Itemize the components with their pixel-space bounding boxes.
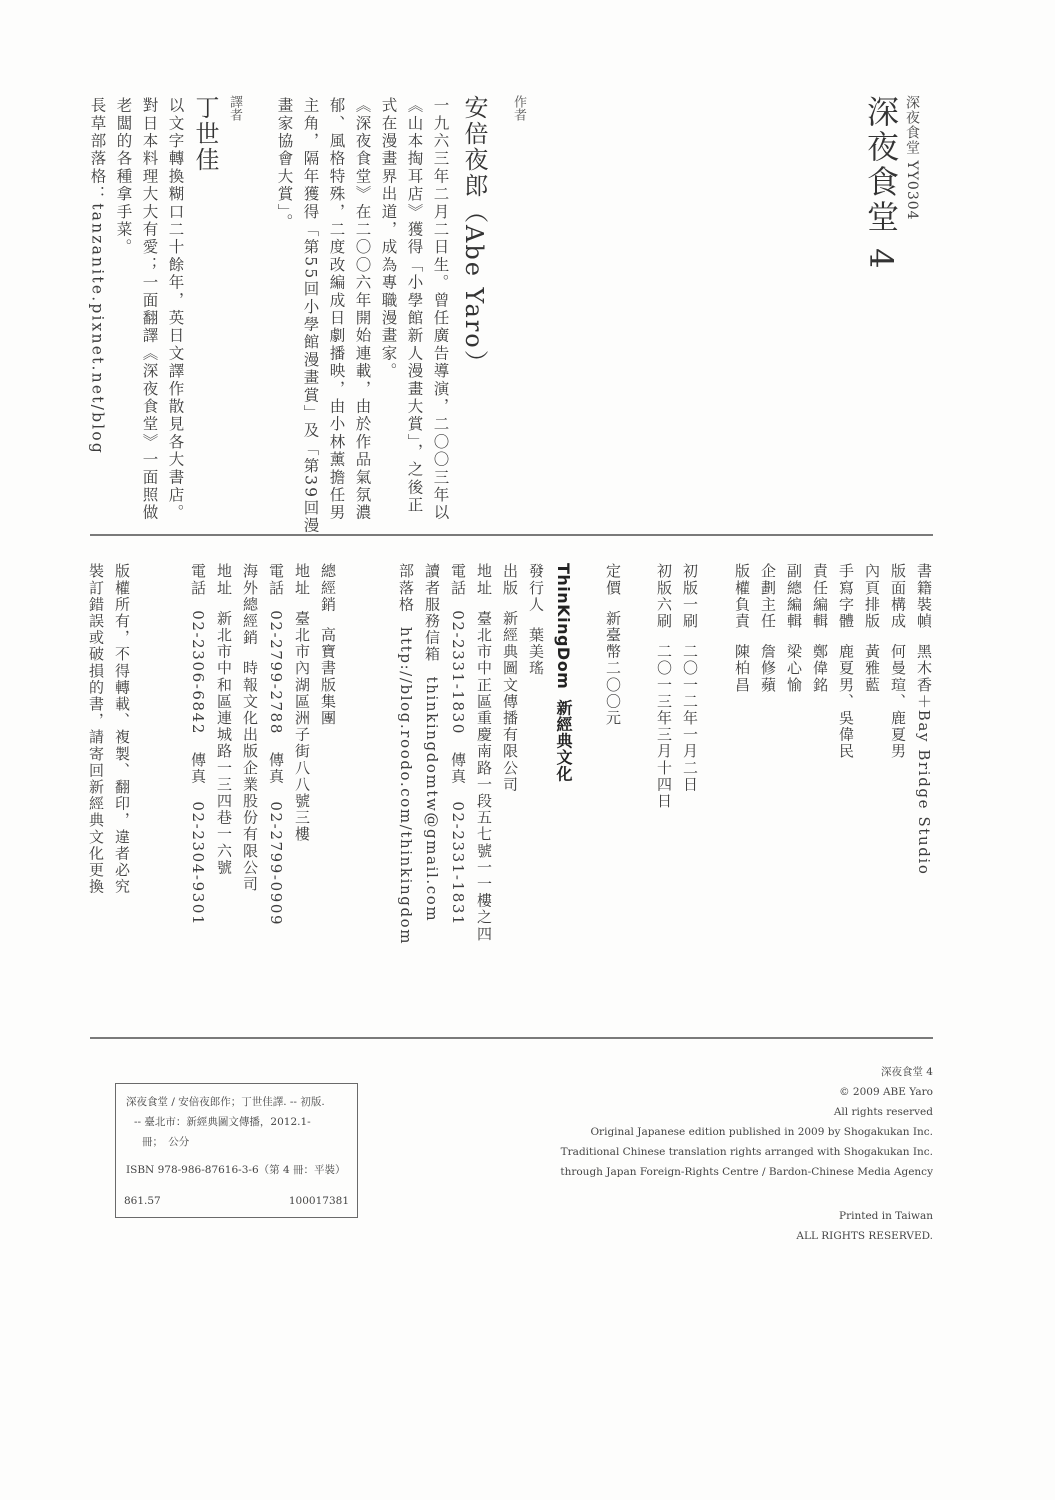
blog-link[interactable]: http://blog.roodo.com/thinkingdom (397, 627, 415, 945)
credit-row: 書籍裝幀黑木香＋Bay Bridge Studio (916, 563, 931, 875)
notice-line: 裝訂錯誤或破損的書，請寄回新經典文化更換 (88, 563, 103, 895)
author-name: 安倍夜郎（Abe Yaro） (462, 95, 486, 376)
brand-logo-en: ThinKingDom (554, 563, 573, 689)
rights-printed: Printed in Taiwan (560, 1206, 933, 1226)
translator-bio-line: 老闆的各種拿手菜。 (115, 97, 131, 256)
credit-role: 手寫字體 (837, 563, 855, 629)
author-bio-line: 式在漫畫界出道，成為專職漫畫家。 (380, 97, 396, 380)
translator-name: 丁世佳 (193, 95, 217, 173)
credit-value: 詹修蘋 (759, 643, 777, 693)
distributor-row: 電話02-2799-2788 傳真 02-2799-0909 (268, 563, 283, 926)
cip-box: 深夜食堂 / 安倍夜郎作；丁世佳譯. -- 初版. -- 臺北市：新經典圖文傳播… (115, 1083, 358, 1218)
edition-row: 初版一刷二〇一二年一月二日 (682, 563, 697, 793)
author-label: 作者 (512, 95, 525, 121)
book-title: 深夜食堂 4 (865, 95, 897, 272)
publisher-row: 讀者服務信箱thinkingdomtw@gmail.com (424, 563, 439, 922)
email-link[interactable]: thinkingdomtw@gmail.com (423, 677, 441, 923)
distributor-row: 總經銷高寶書版集團 (320, 563, 335, 726)
publisher-row: 地址臺北市中正區重慶南路一段五七號一一樓之四 (476, 563, 491, 942)
cip-record-number: 100017381 (289, 1191, 349, 1211)
credit-value: 陳柏昌 (733, 643, 751, 693)
credit-value: 何曼瑄、鹿夏男 (889, 643, 907, 759)
translator-bio-line: 以文字轉換糊口二十餘年，英日文譯作散見各大書店。 (167, 97, 183, 522)
credit-row: 版面構成何曼瑄、鹿夏男 (890, 563, 905, 760)
rights-all-reserved: ALL RIGHTS RESERVED. (560, 1226, 933, 1246)
rights-title: 深夜食堂 4 (560, 1062, 933, 1082)
author-bio-line: 一九六三年二月二日生。曾任廣告導演，二〇〇三年以 (432, 97, 448, 522)
credit-role: 版面構成 (889, 563, 907, 629)
credit-row: 企劃主任詹修蘋 (760, 563, 775, 693)
distributor-row: 電話02-2306-6842 傳真 02-2304-9301 (190, 563, 205, 926)
cip-line: 深夜食堂 / 安倍夜郎作；丁世佳譯. -- 初版. (126, 1092, 349, 1112)
author-bio-line: 《山本掏耳店》獲得「小學館新人漫畫大賞」，之後正 (406, 97, 422, 514)
publisher-row: 電話02-2331-1830 傳真 02-2331-1831 (450, 563, 465, 926)
credit-value: 鄭偉銘 (811, 643, 829, 693)
publisher-row: 部落格http://blog.roodo.com/thinkingdom (398, 563, 413, 945)
credit-value: 梁心愉 (785, 643, 803, 693)
publisher-row: 出版新經典圖文傳播有限公司 (502, 563, 517, 793)
price-row: 定價新臺幣二〇〇元 (605, 563, 620, 726)
distributor-row: 海外總經銷時報文化出版企業股份有限公司 (242, 563, 257, 892)
author-bio-line: 主角，隔年獲得「第55回小學館漫畫賞」及「第39回漫 (302, 97, 318, 535)
divider-top (90, 534, 933, 536)
author-bio-line: 郁、風格特殊，二度改編成日劇播映，由小林薰擔任男 (328, 97, 344, 522)
credit-role: 企劃主任 (759, 563, 777, 629)
credit-row: 責任編輯鄭偉銘 (812, 563, 827, 693)
credit-row: 手寫字體鹿夏男、吳偉民 (838, 563, 853, 760)
translator-bio-line: 對日本料理大大有愛；一面翻譯《深夜食堂》一面照做 (141, 97, 157, 522)
edition-row: 初版六刷二〇一三年三月十四日 (656, 563, 671, 809)
credit-role: 書籍裝幀 (915, 563, 933, 629)
credit-role: 副總編輯 (785, 563, 803, 629)
credit-role: 責任編輯 (811, 563, 829, 629)
publisher-row: 發行人葉美瑤 (528, 563, 543, 677)
distributor-row: 地址新北市中和區連城路一三四巷一六號 (216, 563, 231, 876)
credit-row: 內頁排版黃雅藍 (864, 563, 879, 693)
credit-value: 黃雅藍 (863, 643, 881, 693)
rights-original: Original Japanese edition published in 2… (560, 1122, 933, 1142)
series-code: 深夜食堂 YY0304 (905, 95, 919, 221)
credit-value: 黑木香＋Bay Bridge Studio (915, 643, 933, 875)
translator-label: 譯者 (228, 95, 241, 121)
credit-row: 版權負責陳柏昌 (734, 563, 749, 693)
divider-bottom (90, 1037, 933, 1039)
cip-class-number: 861.57 (124, 1191, 161, 1211)
cip-line: 冊； 公分 (126, 1132, 349, 1152)
credit-row: 副總編輯梁心愉 (786, 563, 801, 693)
distributor-row: 地址臺北市內湖區洲子街八八號三樓 (294, 563, 309, 843)
rights-block: 深夜食堂 4 © 2009 ABE Yaro All rights reserv… (560, 1062, 933, 1246)
credit-value: 鹿夏男、吳偉民 (837, 643, 855, 759)
rights-reserved: All rights reserved (560, 1102, 933, 1122)
rights-translation: Traditional Chinese translation rights a… (560, 1142, 933, 1162)
translator-bio-line: 長草部落格：tanzanite.pixnet.net/blog (89, 97, 105, 455)
brand-logo-zh: 新經典文化 (554, 699, 573, 782)
notice-line: 版權所有，不得轉載、複製、翻印，違者必究 (114, 563, 129, 895)
rights-through: through Japan Foreign-Rights Centre / Ba… (560, 1162, 933, 1182)
credit-role: 內頁排版 (863, 563, 881, 629)
credit-role: 版權負責 (733, 563, 751, 629)
rights-copyright: © 2009 ABE Yaro (560, 1082, 933, 1102)
author-bio-line: 畫家協會大賞」。 (276, 97, 292, 231)
cip-isbn: ISBN 978-986-87616-3-6（第 4 冊：平裝） (126, 1160, 349, 1180)
publisher-brand: ThinKingDom新經典文化 (555, 563, 571, 782)
author-bio-line: 《深夜食堂》在二〇〇六年開始連載，由於作品氣氛濃 (354, 97, 370, 522)
cip-line: -- 臺北市：新經典圖文傳播，2012.1- (126, 1112, 349, 1132)
